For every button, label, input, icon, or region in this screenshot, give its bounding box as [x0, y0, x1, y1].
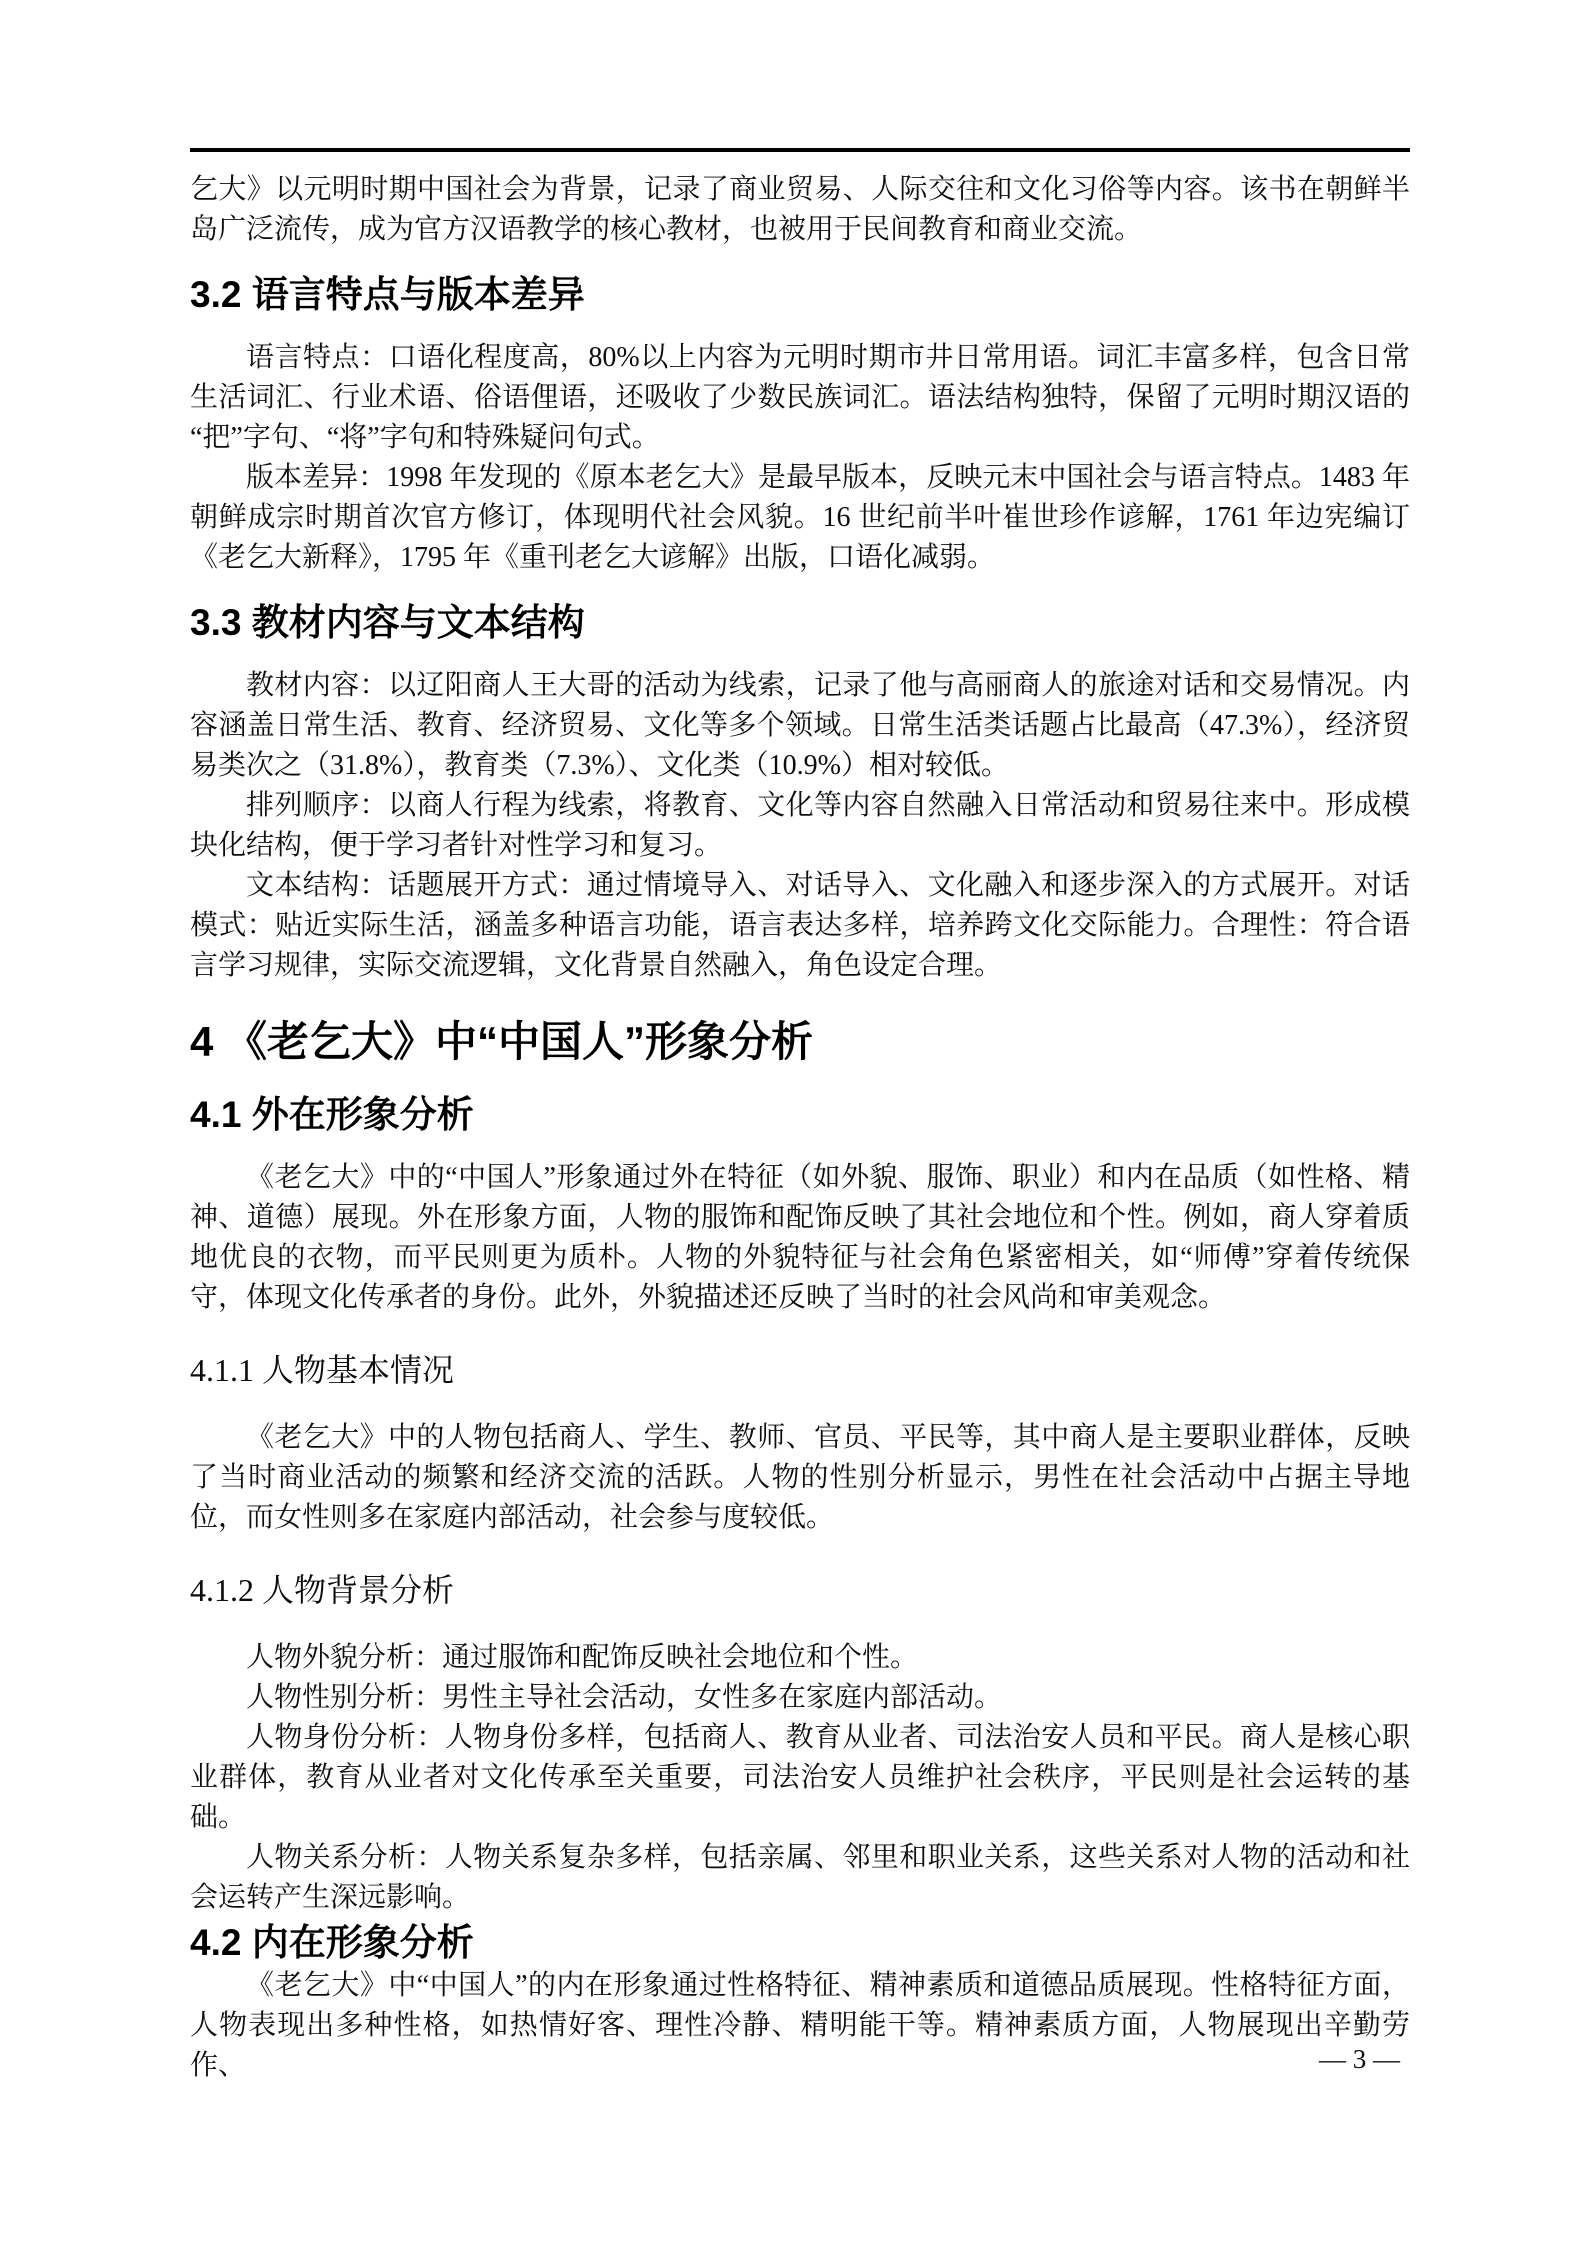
- paragraph-external-image: 《老乞大》中的“中国人”形象通过外在特征（如外貌、服饰、职业）和内在品质（如性格…: [190, 1158, 1410, 1318]
- heading-4-1: 4.1 外在形象分析: [190, 1090, 1410, 1140]
- paragraph-character-overview: 《老乞大》中的人物包括商人、学生、教师、官员、平民等，其中商人是主要职业群体，反…: [190, 1418, 1410, 1538]
- page-content: 乞大》以元明时期中国社会为背景，记录了商业贸易、人际交往和文化习俗等内容。该书在…: [190, 148, 1410, 2086]
- document-page: 乞大》以元明时期中国社会为背景，记录了商业贸易、人际交往和文化习俗等内容。该书在…: [0, 0, 1586, 2245]
- heading-4-1-1: 4.1.1 人物基本情况: [190, 1348, 1410, 1392]
- paragraph-arrangement-order: 排列顺序：以商人行程为线索，将教育、文化等内容自然融入日常活动和贸易往来中。形成…: [190, 786, 1410, 866]
- page-top-rule: [190, 148, 1410, 152]
- heading-3-2: 3.2 语言特点与版本差异: [190, 270, 1410, 320]
- paragraph-continuation: 乞大》以元明时期中国社会为背景，记录了商业贸易、人际交往和文化习俗等内容。该书在…: [190, 170, 1410, 250]
- paragraph-language-features: 语言特点：口语化程度高，80%以上内容为元明时期市井日常用语。词汇丰富多样，包含…: [190, 338, 1410, 458]
- paragraph-relationship-analysis: 人物关系分析：人物关系复杂多样，包括亲属、邻里和职业关系，这些关系对人物的活动和…: [190, 1838, 1410, 1918]
- paragraph-gender-analysis: 人物性别分析：男性主导社会活动，女性多在家庭内部活动。: [190, 1678, 1410, 1718]
- page-number: — 3 —: [190, 2042, 1400, 2076]
- paragraph-textbook-content: 教材内容：以辽阳商人王大哥的活动为线索，记录了他与高丽商人的旅途对话和交易情况。…: [190, 666, 1410, 786]
- paragraph-identity-analysis: 人物身份分析：人物身份多样，包括商人、教育从业者、司法治安人员和平民。商人是核心…: [190, 1718, 1410, 1838]
- heading-4-1-2: 4.1.2 人物背景分析: [190, 1568, 1410, 1612]
- heading-4: 4 《老乞大》中“中国人”形象分析: [190, 1014, 1410, 1070]
- heading-3-3: 3.3 教材内容与文本结构: [190, 598, 1410, 648]
- paragraph-text-structure: 文本结构：话题展开方式：通过情境导入、对话导入、文化融入和逐步深入的方式展开。对…: [190, 866, 1410, 986]
- paragraph-version-differences: 版本差异：1998 年发现的《原本老乞大》是最早版本，反映元末中国社会与语言特点…: [190, 458, 1410, 578]
- paragraph-appearance-analysis: 人物外貌分析：通过服饰和配饰反映社会地位和个性。: [190, 1638, 1410, 1678]
- heading-4-2: 4.2 内在形象分析: [190, 1920, 1410, 1966]
